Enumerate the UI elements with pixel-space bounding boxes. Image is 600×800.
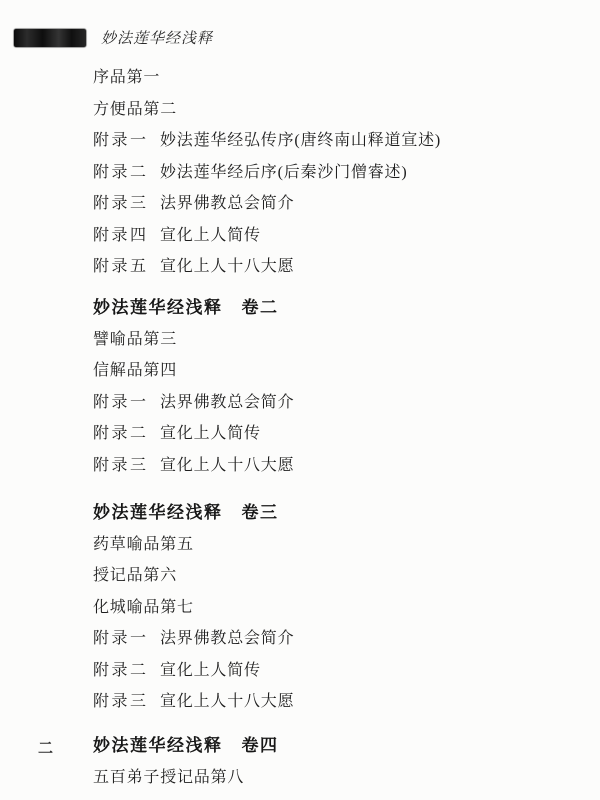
entry-title: 药草喻品第五 (93, 536, 194, 553)
toc-entry: 化城喻品第七 (93, 592, 580, 624)
section-volume: 卷二 (242, 298, 279, 317)
entry-title: 法界佛教总会简介 (160, 394, 294, 411)
toc-entry: 五百弟子授记品第八 (93, 762, 580, 794)
entry-title: 妙法莲华经弘传序(唐终南山释道宣述) (160, 132, 441, 149)
appendix-label: 附录二 (93, 157, 160, 189)
toc-section-volume-4: 妙法莲华经浅释卷四 五百弟子授记品第八 (93, 730, 580, 793)
entry-title: 信解品第四 (93, 362, 177, 379)
appendix-label: 附录三 (93, 686, 160, 718)
toc-entry: 附录三法界佛教总会简介 (93, 188, 580, 220)
entry-title: 譬喻品第三 (93, 331, 177, 348)
toc-section-volume-3: 妙法莲华经浅释卷三 药草喻品第五授记品第六化城喻品第七附录一法界佛教总会简介附录… (93, 497, 580, 718)
toc-entry: 附录四宣化上人简传 (93, 220, 580, 252)
section-title: 妙法莲华经浅释 (93, 736, 223, 755)
toc-entry: 附录三宣化上人十八大愿 (93, 686, 580, 718)
toc-entry: 附录三宣化上人十八大愿 (93, 450, 580, 482)
section-volume: 卷三 (242, 503, 279, 522)
entry-title: 方便品第二 (93, 101, 177, 118)
book-title: 妙法莲华经浅释 (101, 27, 213, 48)
toc-entry: 信解品第四 (93, 355, 580, 387)
appendix-label: 附录五 (93, 251, 160, 283)
entry-title: 宣化上人简传 (160, 662, 261, 679)
toc-entry-list: 药草喻品第五授记品第六化城喻品第七附录一法界佛教总会简介附录二宣化上人简传附录三… (93, 529, 580, 718)
appendix-label: 附录四 (93, 220, 160, 252)
toc-entry: 附录二妙法莲华经后序(后秦沙门僧睿述) (93, 157, 580, 189)
toc-entry: 附录五宣化上人十八大愿 (93, 251, 580, 283)
toc-entry: 附录一法界佛教总会简介 (93, 387, 580, 419)
entry-title: 法界佛教总会简介 (160, 195, 294, 212)
toc-entry: 附录二宣化上人简传 (93, 418, 580, 450)
toc-entry-list: 譬喻品第三信解品第四附录一法界佛教总会简介附录二宣化上人简传附录三宣化上人十八大… (93, 324, 580, 482)
running-header: 妙法莲华经浅释 (14, 27, 213, 48)
toc-entry: 譬喻品第三 (93, 324, 580, 356)
appendix-label: 附录一 (93, 623, 160, 655)
section-title: 妙法莲华经浅释 (93, 298, 223, 317)
entry-title: 法界佛教总会简介 (160, 630, 294, 647)
entry-title: 五百弟子授记品第八 (93, 769, 244, 786)
appendix-label: 附录二 (93, 655, 160, 687)
toc-entry: 序品第一 (93, 62, 580, 94)
toc-section-volume-2: 妙法莲华经浅释卷二 譬喻品第三信解品第四附录一法界佛教总会简介附录二宣化上人简传… (93, 292, 580, 481)
entry-title: 宣化上人简传 (160, 425, 261, 442)
appendix-label: 附录一 (93, 387, 160, 419)
entry-title: 宣化上人十八大愿 (160, 693, 294, 710)
toc-entry: 方便品第二 (93, 94, 580, 126)
section-title: 妙法莲华经浅释 (93, 503, 223, 522)
toc-entry: 授记品第六 (93, 560, 580, 592)
entry-title: 宣化上人十八大愿 (160, 258, 294, 275)
section-heading: 妙法莲华经浅释卷三 (93, 497, 580, 529)
toc-entry-list: 五百弟子授记品第八 (93, 762, 580, 794)
toc-entry: 附录一妙法莲华经弘传序(唐终南山释道宣述) (93, 125, 580, 157)
appendix-label: 附录二 (93, 418, 160, 450)
section-heading: 妙法莲华经浅释卷二 (93, 292, 580, 324)
entry-title: 授记品第六 (93, 567, 177, 584)
entry-title: 宣化上人简传 (160, 227, 261, 244)
entry-title: 宣化上人十八大愿 (160, 457, 294, 474)
appendix-label: 附录三 (93, 450, 160, 482)
entry-title: 妙法莲华经后序(后秦沙门僧睿述) (160, 164, 407, 181)
toc-entry: 药草喻品第五 (93, 529, 580, 561)
appendix-label: 附录三 (93, 188, 160, 220)
scanned-book-page: 妙法莲华经浅释 二 序品第一方便品第二附录一妙法莲华经弘传序(唐终南山释道宣述)… (0, 0, 600, 800)
folio-page-number: 二 (38, 737, 53, 758)
toc-entry-list: 序品第一方便品第二附录一妙法莲华经弘传序(唐终南山释道宣述)附录二妙法莲华经后序… (93, 62, 580, 283)
toc-entry: 附录二宣化上人简传 (93, 655, 580, 687)
entry-title: 化城喻品第七 (93, 599, 194, 616)
toc-entry: 附录一法界佛教总会简介 (93, 623, 580, 655)
entry-title: 序品第一 (93, 69, 160, 86)
toc-section-volume-1: 序品第一方便品第二附录一妙法莲华经弘传序(唐终南山释道宣述)附录二妙法莲华经后序… (93, 62, 580, 283)
section-heading: 妙法莲华经浅释卷四 (93, 730, 580, 762)
redaction-mark (14, 29, 86, 47)
appendix-label: 附录一 (93, 125, 160, 157)
section-volume: 卷四 (242, 736, 279, 755)
